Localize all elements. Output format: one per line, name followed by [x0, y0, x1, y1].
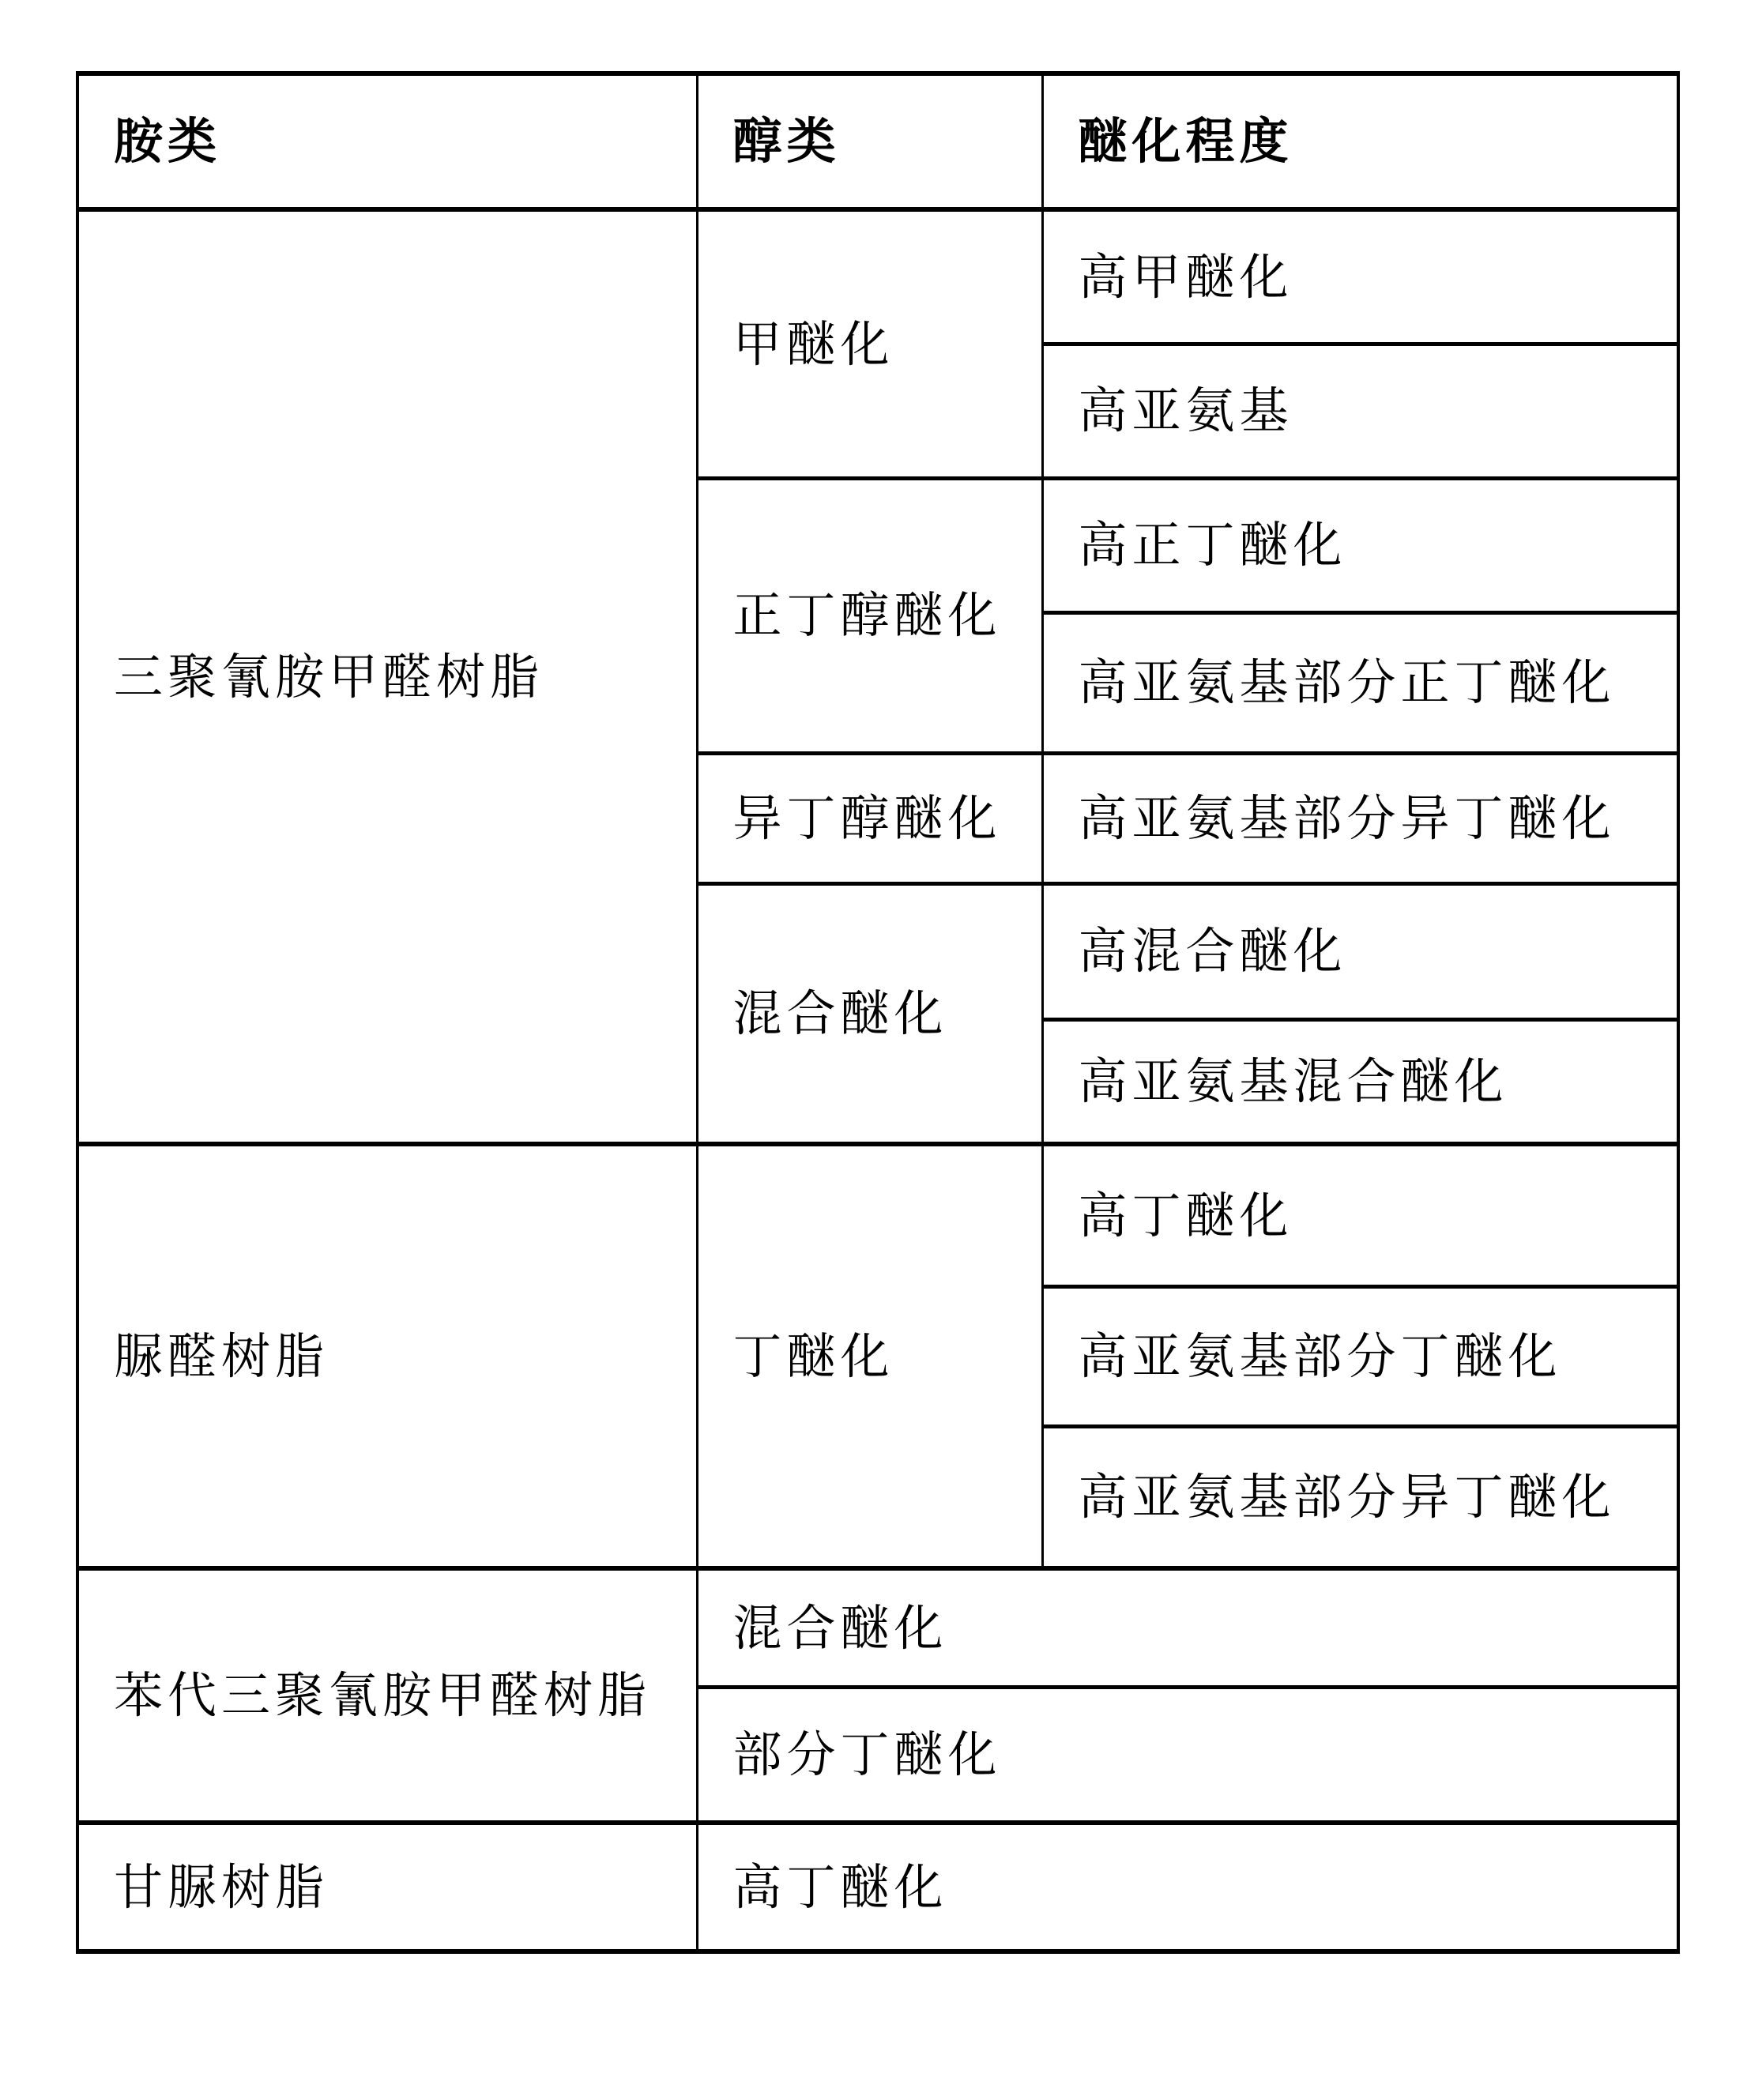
header-degree: 醚化程度 — [1042, 73, 1678, 209]
cell-degree-highly-mixed-etherified: 高混合醚化 — [1042, 883, 1678, 1019]
cell-alcohol-methyl-etherified: 甲醚化 — [697, 209, 1042, 478]
cell-amine-urea-formaldehyde: 脲醛树脂 — [77, 1144, 697, 1568]
cell-degree-high-imino-partially-isobutyl-etherified: 高亚氨基部分异丁醚化 — [1042, 753, 1678, 883]
header-amine: 胺类 — [77, 73, 697, 209]
cell-alcohol-isobutanol-etherified: 异丁醇醚化 — [697, 753, 1042, 883]
cell-degree-high-imino-partially-n-butyl-etherified: 高亚氨基部分正丁醚化 — [1042, 612, 1678, 753]
cell-degree-high-imino: 高亚氨基 — [1042, 344, 1678, 478]
cell-alcohol-n-butanol-etherified: 正丁醇醚化 — [697, 478, 1042, 753]
cell-degree-highly-n-butyl-etherified: 高正丁醚化 — [1042, 478, 1678, 612]
cell-alcohol-mixed-etherified-span: 混合醚化 — [697, 1568, 1678, 1687]
cell-degree-high-imino-mixed-etherified: 高亚氨基混合醚化 — [1042, 1019, 1678, 1144]
cell-alcohol-butyl-etherified: 丁醚化 — [697, 1144, 1042, 1568]
header-alcohol: 醇类 — [697, 73, 1042, 209]
etherification-table: 胺类 醇类 醚化程度 三聚氰胺甲醛树脂 甲醚化 高甲醚化 高亚氨基 正丁醇醚化 … — [76, 71, 1680, 1954]
cell-degree-high-imino-partially-butyl-etherified: 高亚氨基部分丁醚化 — [1042, 1286, 1678, 1426]
cell-degree-high-imino-partially-isobutyl-etherified-urea: 高亚氨基部分异丁醚化 — [1042, 1426, 1678, 1568]
cell-degree-highly-methyl-etherified: 高甲醚化 — [1042, 209, 1678, 344]
cell-amine-glycoluril: 甘脲树脂 — [77, 1823, 697, 1951]
cell-amine-benzoguanamine-formaldehyde: 苯代三聚氰胺甲醛树脂 — [77, 1568, 697, 1823]
cell-amine-melamine-formaldehyde: 三聚氰胺甲醛树脂 — [77, 209, 697, 1144]
cell-alcohol-partially-butyl-etherified-span: 部分丁醚化 — [697, 1687, 1678, 1823]
cell-degree-highly-butyl-etherified: 高丁醚化 — [1042, 1144, 1678, 1286]
cell-alcohol-highly-butyl-etherified-span: 高丁醚化 — [697, 1823, 1678, 1951]
cell-alcohol-mixed-etherified: 混合醚化 — [697, 883, 1042, 1144]
